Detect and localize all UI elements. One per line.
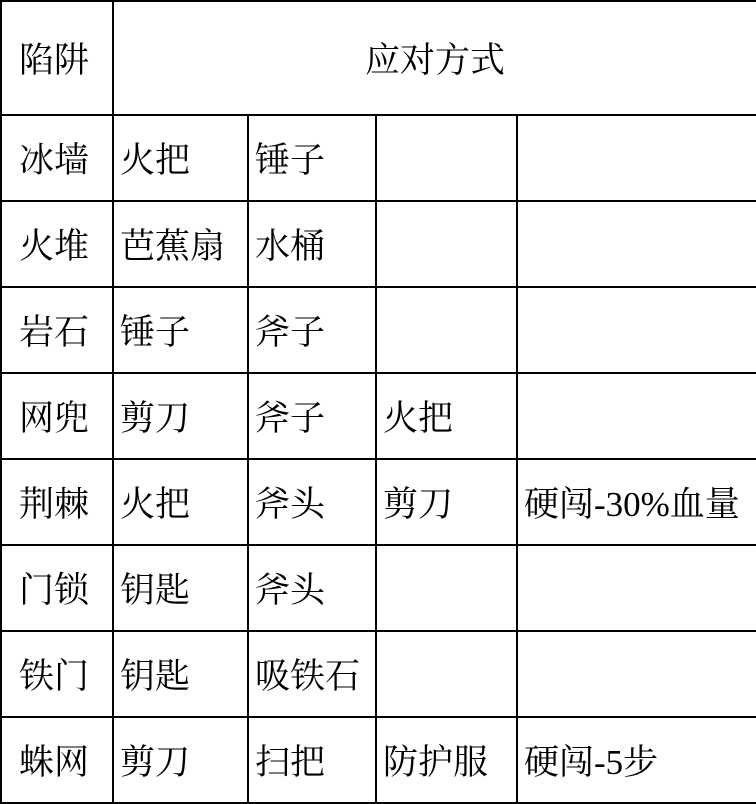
method-cell: 钥匙: [113, 545, 248, 631]
method-cell: 水桶: [248, 201, 376, 287]
method-cell: [517, 373, 756, 459]
table-row: 冰墙 火把 锤子: [1, 115, 756, 201]
method-cell: 斧子: [248, 287, 376, 373]
trap-cell: 网兜: [1, 373, 113, 459]
trap-response-table: 陷阱 应对方式 冰墙 火把 锤子 火堆 芭蕉扇 水桶 岩石 锤子 斧子: [0, 0, 756, 804]
method-cell: 火把: [113, 115, 248, 201]
trap-cell: 门锁: [1, 545, 113, 631]
table-row: 荆棘 火把 斧头 剪刀 硬闯-30%血量: [1, 459, 756, 545]
trap-cell: 冰墙: [1, 115, 113, 201]
method-cell: 斧子: [248, 373, 376, 459]
table-row: 岩石 锤子 斧子: [1, 287, 756, 373]
trap-cell: 荆棘: [1, 459, 113, 545]
method-cell: 钥匙: [113, 631, 248, 717]
method-cell: 锤子: [248, 115, 376, 201]
response-header-cell: 应对方式: [113, 1, 756, 115]
table-row: 蛛网 剪刀 扫把 防护服 硬闯-5步: [1, 717, 756, 803]
method-cell: 剪刀: [376, 459, 517, 545]
method-cell: 吸铁石: [248, 631, 376, 717]
table-row: 火堆 芭蕉扇 水桶: [1, 201, 756, 287]
table-row: 铁门 钥匙 吸铁石: [1, 631, 756, 717]
trap-cell: 蛛网: [1, 717, 113, 803]
method-cell: 锤子: [113, 287, 248, 373]
table-row: 门锁 钥匙 斧头: [1, 545, 756, 631]
method-cell: 火把: [113, 459, 248, 545]
method-cell: [517, 201, 756, 287]
method-cell: 斧头: [248, 459, 376, 545]
method-cell: [517, 545, 756, 631]
method-cell: [517, 115, 756, 201]
method-cell: [376, 287, 517, 373]
header-row: 陷阱 应对方式: [1, 1, 756, 115]
method-cell: [376, 115, 517, 201]
trap-header-cell: 陷阱: [1, 1, 113, 115]
trap-cell: 岩石: [1, 287, 113, 373]
table-row: 网兜 剪刀 斧子 火把: [1, 373, 756, 459]
page: 陷阱 应对方式 冰墙 火把 锤子 火堆 芭蕉扇 水桶 岩石 锤子 斧子: [0, 0, 756, 804]
method-cell: 扫把: [248, 717, 376, 803]
method-cell: 芭蕉扇: [113, 201, 248, 287]
method-cell: [517, 631, 756, 717]
method-cell: 火把: [376, 373, 517, 459]
trap-cell: 铁门: [1, 631, 113, 717]
trap-cell: 火堆: [1, 201, 113, 287]
method-cell: 斧头: [248, 545, 376, 631]
method-cell: 硬闯-30%血量: [517, 459, 756, 545]
method-cell: 硬闯-5步: [517, 717, 756, 803]
method-cell: 剪刀: [113, 717, 248, 803]
method-cell: 剪刀: [113, 373, 248, 459]
method-cell: 防护服: [376, 717, 517, 803]
method-cell: [376, 201, 517, 287]
method-cell: [376, 545, 517, 631]
method-cell: [517, 287, 756, 373]
method-cell: [376, 631, 517, 717]
